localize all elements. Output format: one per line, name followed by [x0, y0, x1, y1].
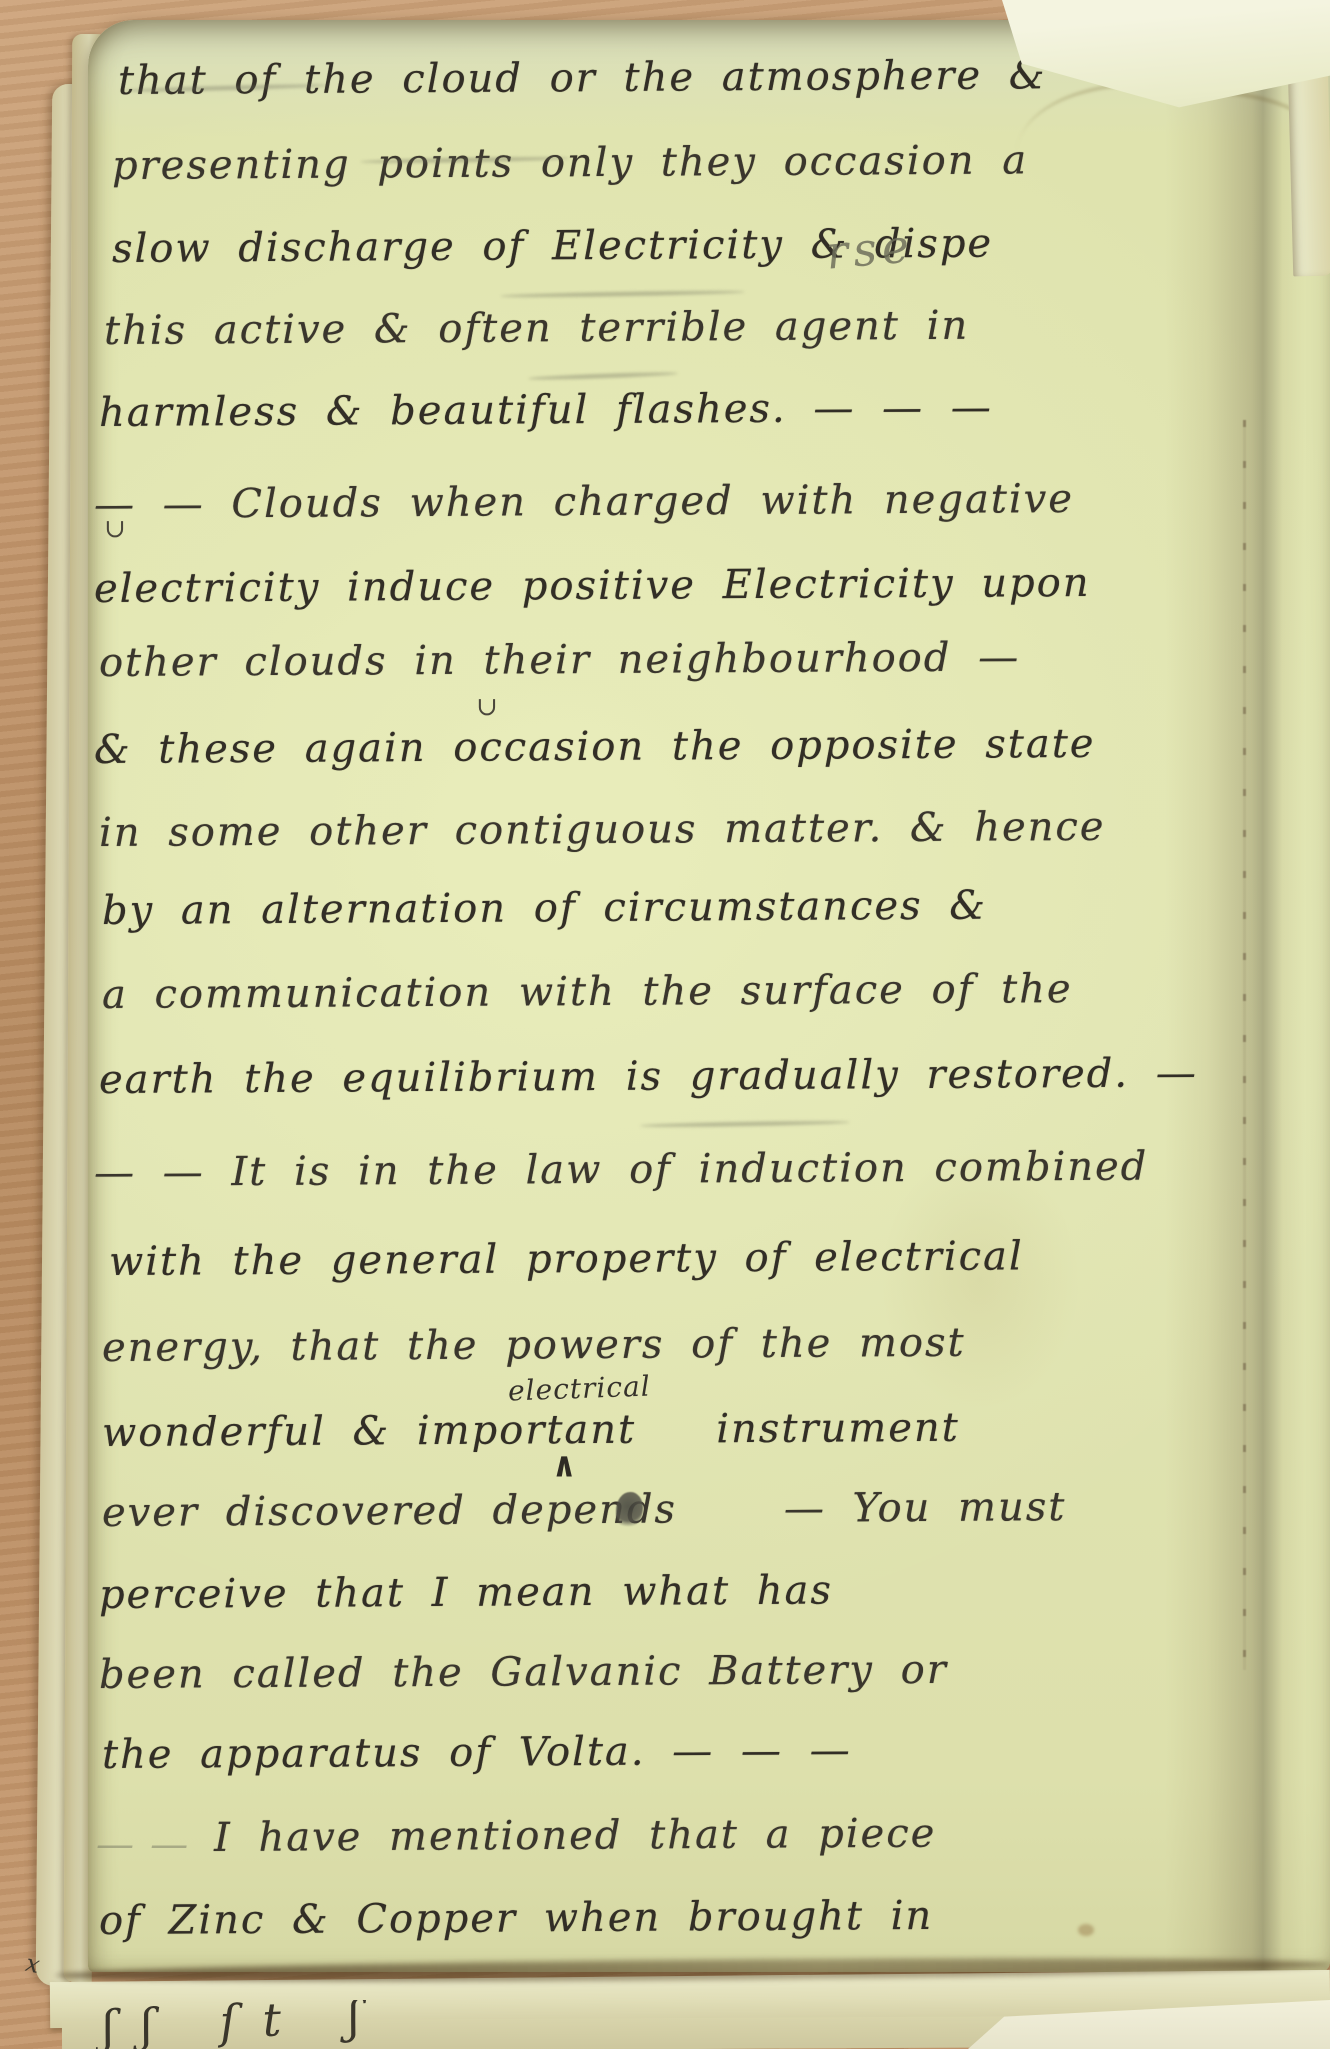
manuscript-line: that of the cloud or the atmosphere & [118, 52, 1047, 104]
manuscript-line: & these again occasion the opposite stat… [94, 721, 1096, 773]
pencil-smudge [528, 371, 678, 380]
manuscript-line: other clouds in their neighbourhood — [99, 634, 1020, 686]
manuscript-line: with the general property of electrical [109, 1233, 1024, 1285]
manuscript-line: in some other contiguous matter. & hence [99, 804, 1106, 856]
manuscript-line: — — Clouds when charged with negative [94, 476, 1074, 528]
manuscript-line: a communication with the surface of the [102, 966, 1073, 1018]
manuscript-line: — — It is in the law of induction combin… [94, 1144, 1149, 1196]
manuscript-line: earth the equilibrium is gradually resto… [99, 1050, 1198, 1103]
manuscript-line: energy, that the powers of the most [102, 1320, 966, 1371]
pencil-smudge [500, 290, 745, 298]
pencil-margin-dashes: — — [96, 1822, 190, 1866]
breve-mark-margin: ∪ [104, 514, 126, 544]
handwriting-layer: that of the cloud or the atmosphere &pre… [0, 0, 1330, 2049]
under-page-writing-fragment: ʃʃ ſt ʃ [96, 2000, 476, 2049]
manuscript-line: wonderful & important instrument [102, 1405, 960, 1456]
manuscript-line: the apparatus of Volta. — — — [102, 1727, 852, 1778]
under-page-writing-text: ʃʃ ſt ʃ [101, 2000, 387, 2049]
manuscript-line: electricity induce positive Electricity … [94, 560, 1091, 612]
manuscript-line: of Zinc & Copper when brought in [99, 1893, 933, 1944]
inserted-word-electrical: electrical [507, 1370, 651, 1408]
insertion-caret-mark: ∧ [552, 1445, 576, 1485]
manuscript-line: ever discovered depends — You must [102, 1484, 1067, 1536]
manuscript-line: been called the Galvanic Battery or [99, 1647, 948, 1698]
pencil-correction-overwrite: rse [824, 218, 916, 279]
manuscript-line: perceive that I mean what has [99, 1568, 833, 1618]
manuscript-line: harmless & beautiful flashes. — — — [99, 385, 993, 436]
manuscript-line: I have mentioned that a piece [214, 1811, 937, 1861]
manuscript-line: presenting points only they occasion a [112, 137, 1028, 189]
manuscript-scan: that of the cloud or the atmosphere &pre… [0, 0, 1330, 2049]
pencil-smudge [640, 1120, 850, 1128]
manuscript-line: by an alternation of circumstances & [102, 883, 987, 934]
manuscript-line: this active & often terrible agent in [104, 303, 969, 354]
breve-mark-over-occasion: ∪ [476, 692, 498, 722]
